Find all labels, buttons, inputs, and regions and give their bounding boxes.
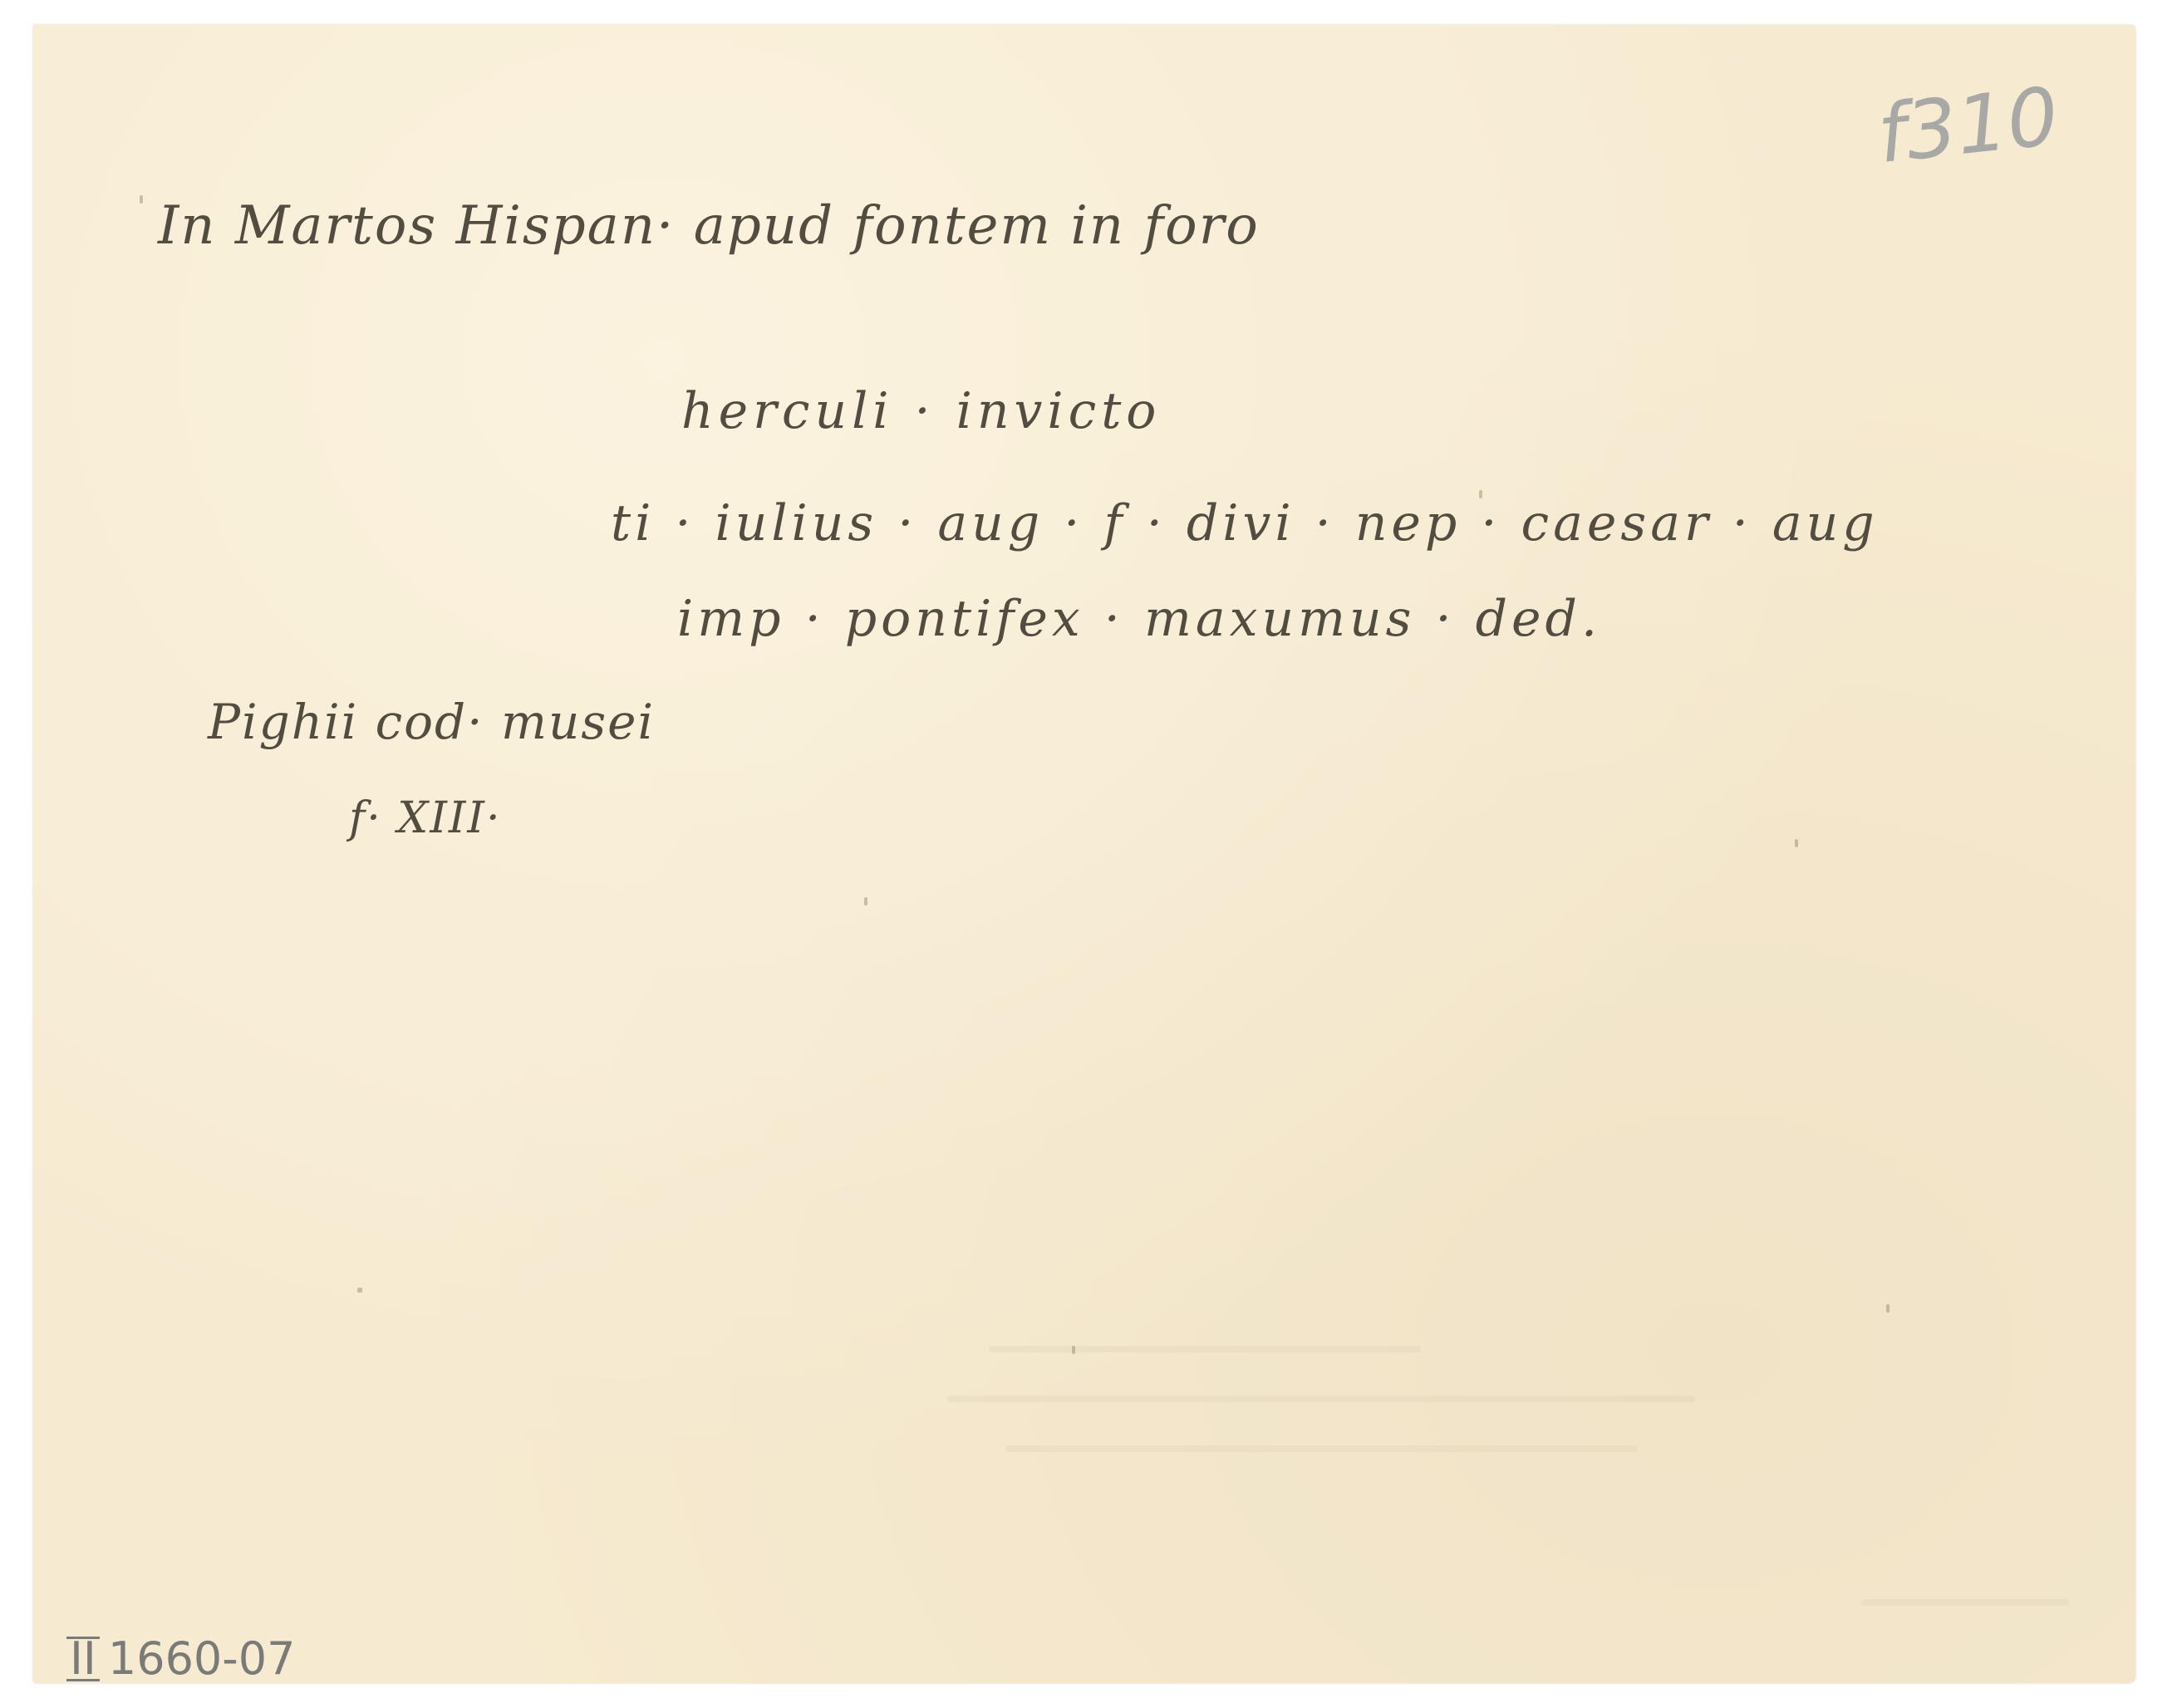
- bleed-through-line: [947, 1396, 1695, 1402]
- paper-speck: [1886, 1304, 1890, 1313]
- findspot-heading: In Martos Hispan· apud fontem in foro: [158, 195, 1260, 257]
- paper-speck: [1479, 490, 1482, 498]
- archive-series-roman: II: [66, 1637, 100, 1681]
- inscription-line-3: imp · pontifex · maxumus · ded.: [677, 590, 1601, 648]
- bleed-through-line: [1005, 1445, 1637, 1452]
- paper-sheet: f310 In Martos Hispan· apud fontem in fo…: [33, 25, 2135, 1683]
- archive-number: II1660-07: [66, 1632, 295, 1685]
- source-folio: f· XIII·: [349, 793, 501, 843]
- pencil-folio-number: f310: [1874, 70, 2063, 181]
- bleed-through-line: [1861, 1599, 2069, 1606]
- inscription-line-1: herculi · invicto: [681, 382, 1161, 440]
- paper-speck: [864, 897, 867, 906]
- archive-series-number: 1660-07: [108, 1632, 296, 1685]
- inscription-line-2: ti · iulius · aug · f · divi · nep · cae…: [611, 494, 1879, 552]
- bleed-through-line: [989, 1346, 1421, 1352]
- paper-speck: [357, 1288, 362, 1293]
- paper-speck: [140, 195, 143, 204]
- paper-speck: [1795, 839, 1798, 847]
- source-reference: Pighii cod· musei: [208, 694, 655, 750]
